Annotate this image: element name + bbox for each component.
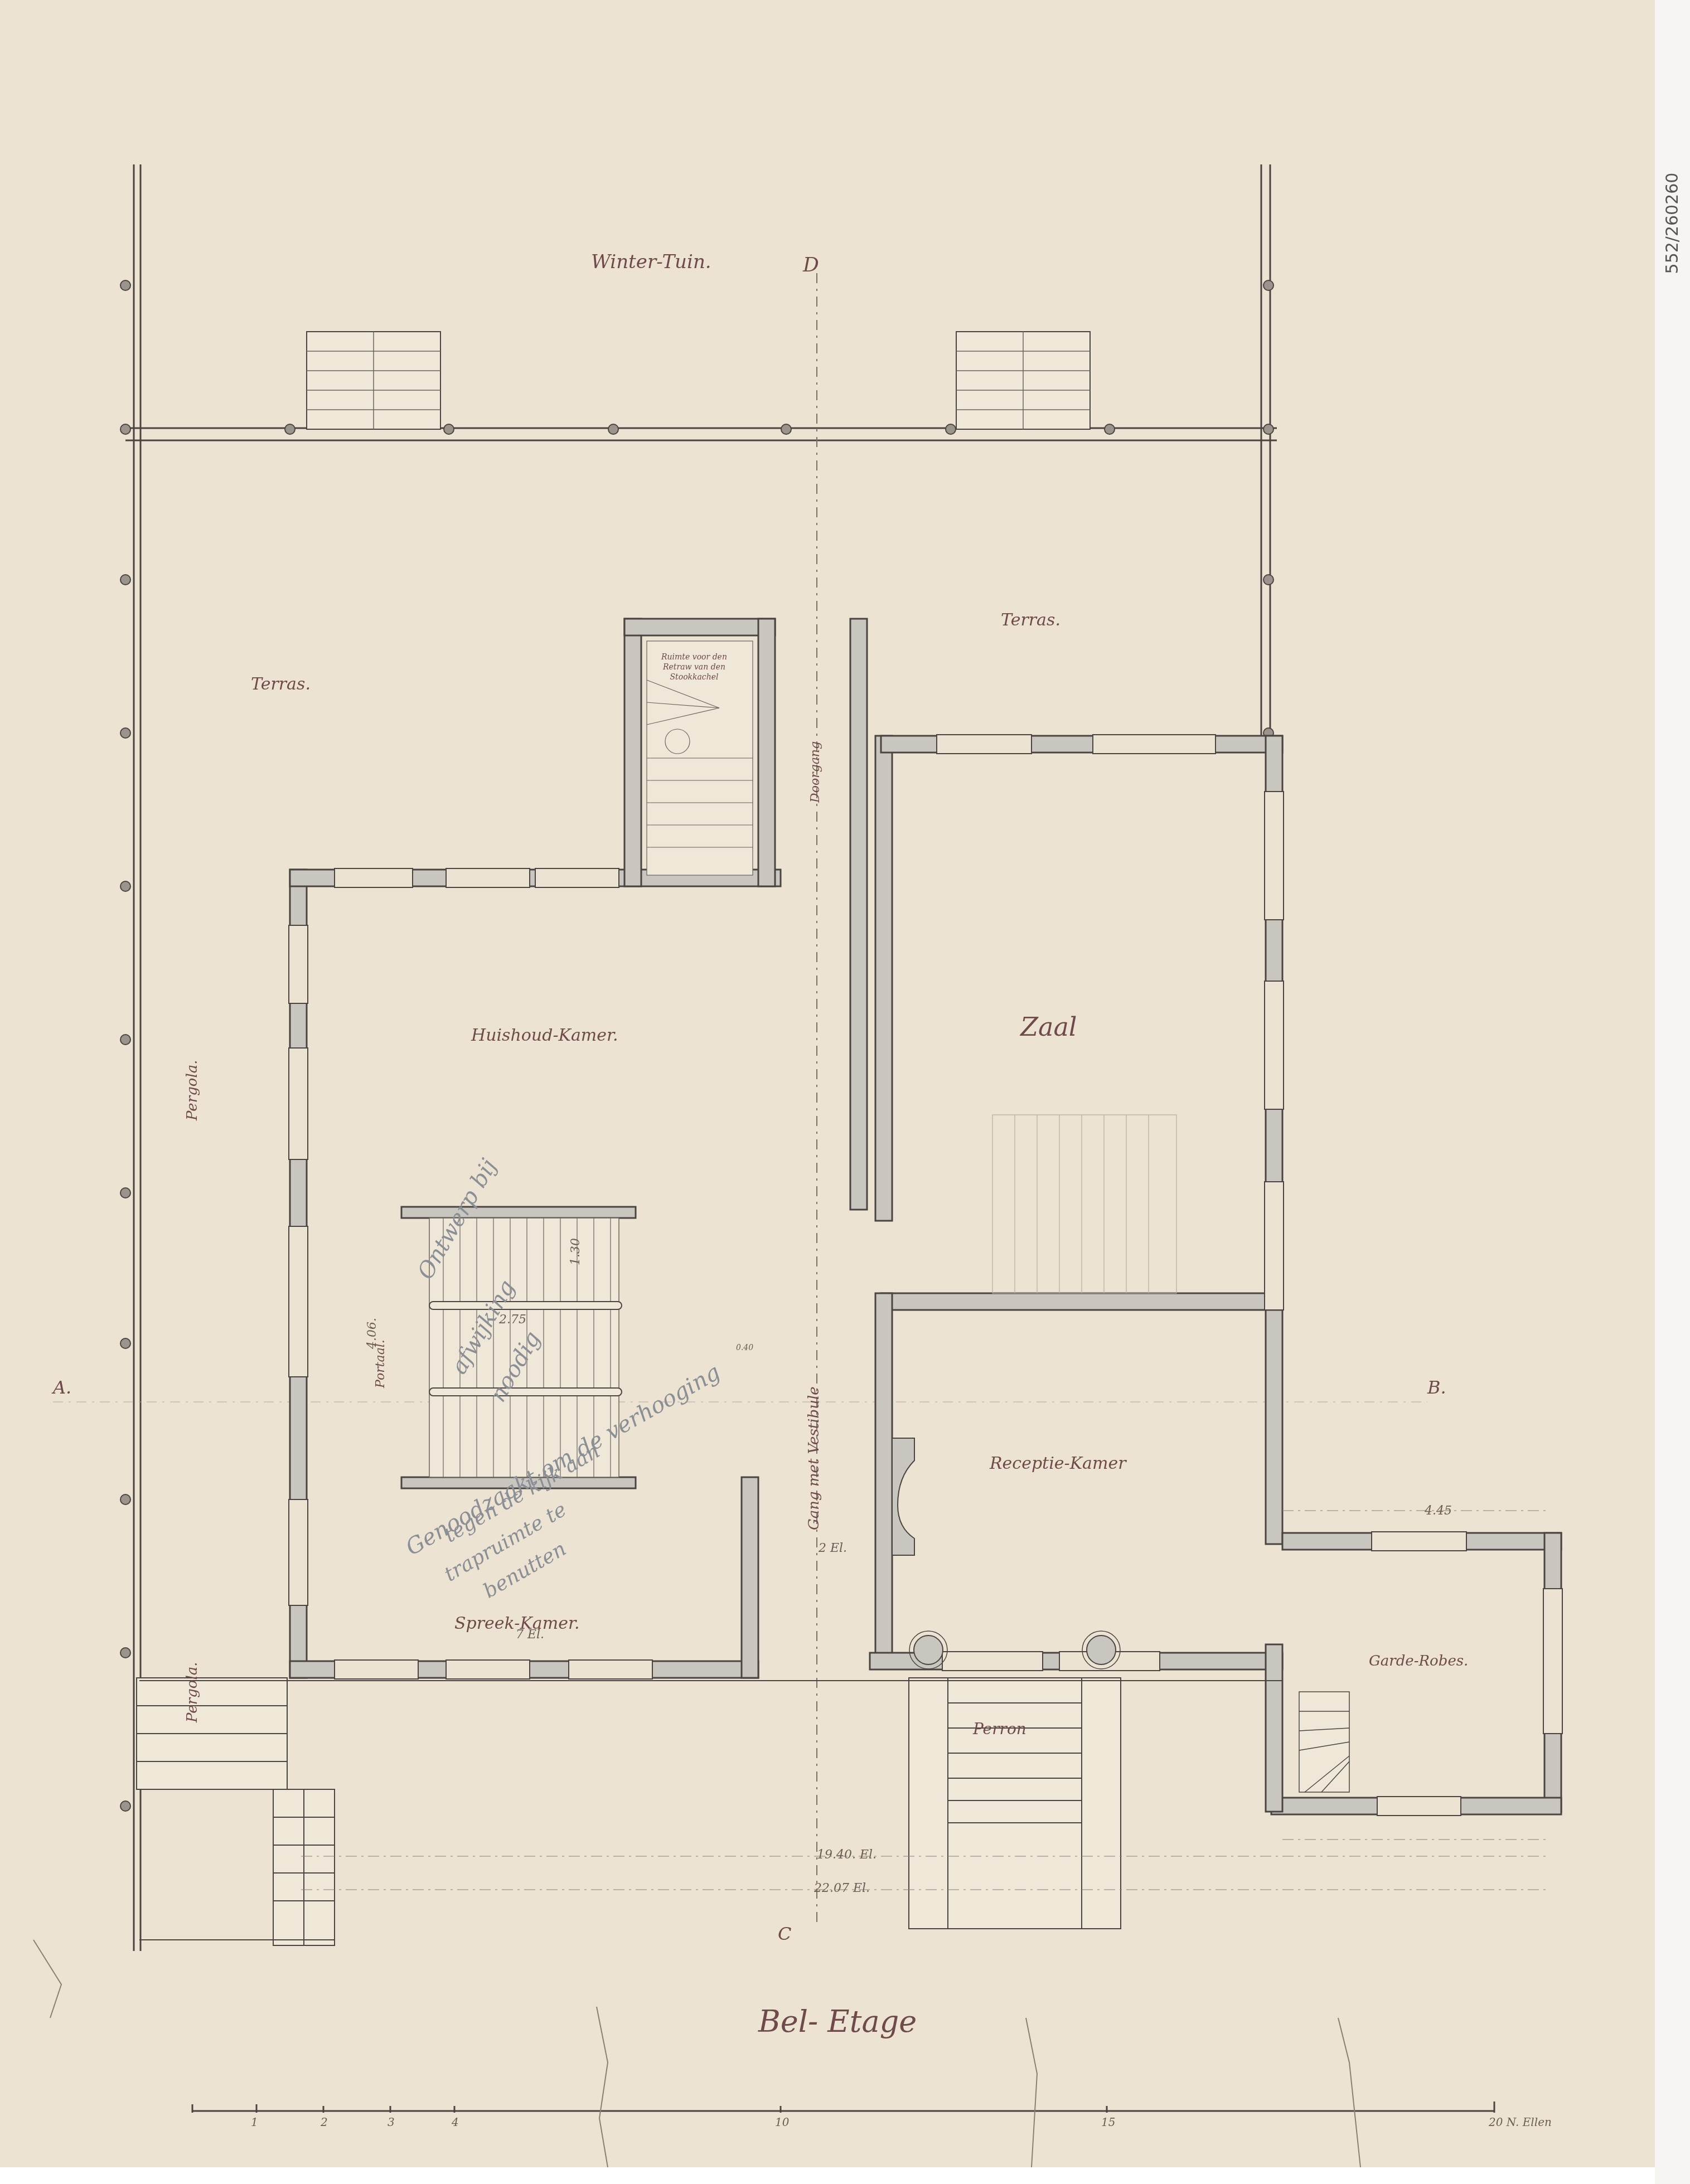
label-terrace-right: Terras. [1001,610,1061,630]
label-pergola-lower: Pergola. [184,1662,201,1722]
label-terrace-left: Terras. [251,674,311,694]
section-marker-bottom: C [778,1923,791,1944]
dim-corridor-width: 2 El. [819,1541,847,1555]
scale-tick-15: 15 [1101,2115,1115,2129]
dim-total-width-2: 22.07 El. [814,1881,870,1895]
label-stair-note: Ruimte voor den Retraw van den Stookkach… [647,652,742,682]
scale-tick-1: 1 [251,2115,258,2129]
dim-total-width-1: 19.40. El. [817,1848,877,1862]
label-wardrobe: Garde-Robes. [1369,1653,1468,1669]
label-pergola-upper: Pergola. [184,1060,201,1120]
scale-bar [192,2102,1494,2113]
label-reception-room: Receptie-Kamer [990,1454,1126,1473]
label-winter-garden: Winter-Tuin. [591,251,711,273]
dim-column-dia: 0.40 [736,1343,753,1352]
section-marker-right: B. [1427,1377,1446,1398]
dim-wardrobe-width: 4.45 [1425,1504,1452,1518]
drawing-title: Bel- Etage [758,2004,917,2039]
scale-tick-10: 10 [775,2115,789,2129]
scale-tick-3: 3 [388,2115,395,2129]
dim-speech-room-width: 7 El. [516,1628,544,1642]
label-corridor: Gang met Vestibule [806,1386,822,1530]
dim-portal-depth: 4.06. [365,1318,379,1349]
label-perron: Perron [973,1720,1026,1738]
section-marker-top: D [803,254,819,276]
perron-steps [909,1678,1121,1929]
scale-tick-4: 4 [452,2115,459,2129]
scale-tick-2: 2 [321,2115,328,2129]
section-marker-left: A. [53,1377,71,1398]
scale-end-label: 20 N. Ellen [1489,2115,1552,2129]
label-household-room: Huishoud-Kamer. [471,1026,618,1045]
dim-landing: 1.30 [569,1238,583,1265]
label-passage: Doorgang [808,741,822,803]
label-hall: Zaal [1020,1012,1077,1042]
